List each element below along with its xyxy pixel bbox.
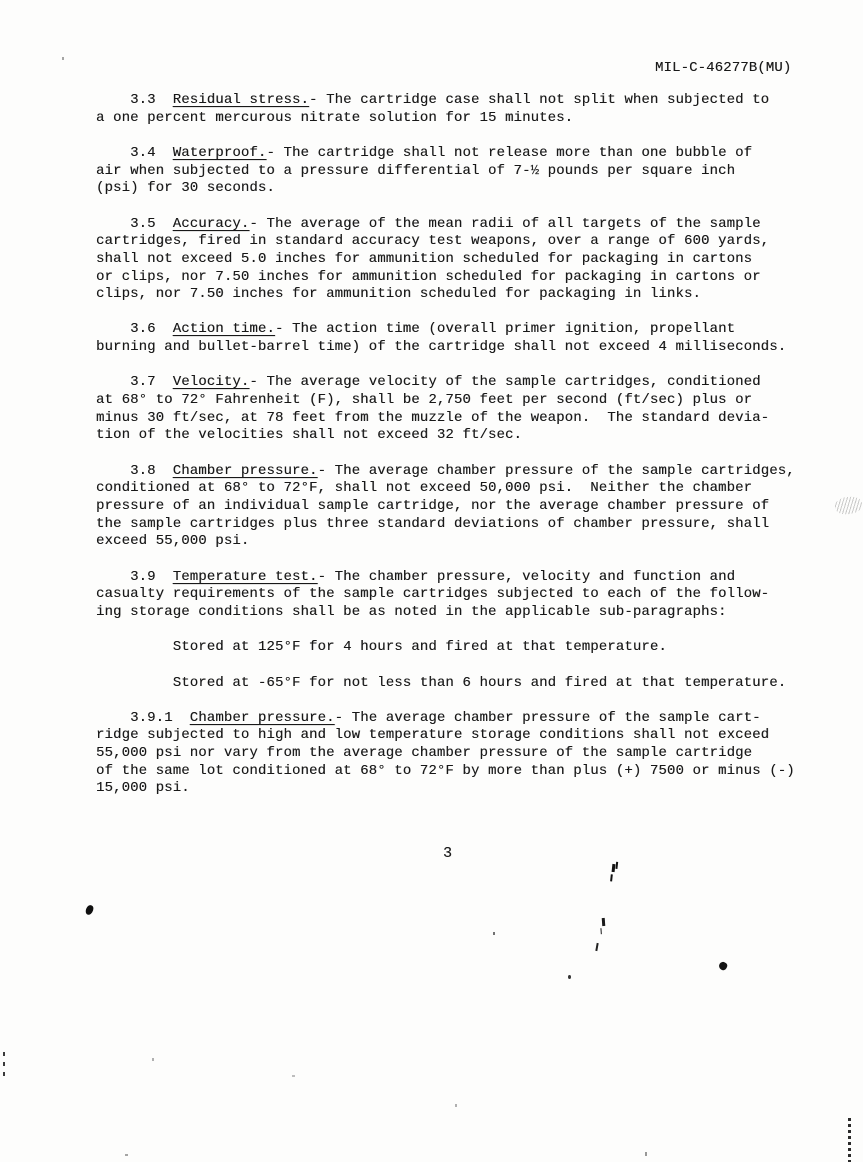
text-line: ridge subjected to high and low temperat… bbox=[96, 727, 795, 745]
scan-artifact-speck bbox=[62, 57, 64, 60]
text-line: minus 30 ft/sec, at 78 feet from the muz… bbox=[96, 410, 795, 428]
text-line: burning and bullet-barrel time) of the c… bbox=[96, 339, 795, 357]
scan-artifact-mark bbox=[602, 918, 605, 926]
text-line: 3.7 Velocity.- The average velocity of t… bbox=[96, 374, 795, 392]
text-line: ing storage conditions shall be as noted… bbox=[96, 604, 795, 622]
text-line: conditioned at 68° to 72°F, shall not ex… bbox=[96, 480, 795, 498]
scan-artifact-speck bbox=[645, 1152, 647, 1156]
section-3-8-chamber-pressure: 3.8 Chamber pressure.- The average chamb… bbox=[96, 463, 795, 551]
text-line: Stored at -65°F for not less than 6 hour… bbox=[96, 675, 795, 693]
section-3-9-1-chamber-pressure: 3.9.1 Chamber pressure.- The average cha… bbox=[96, 710, 795, 798]
text-line: 3.3 Residual stress.- The cartridge case… bbox=[96, 92, 795, 110]
text-line: 3.9 Temperature test.- The chamber press… bbox=[96, 569, 795, 587]
text-line: 15,000 psi. bbox=[96, 780, 795, 798]
scan-artifact-smudge bbox=[834, 495, 863, 516]
scan-artifact-speck bbox=[493, 932, 495, 935]
text-line: a one percent mercurous nitrate solution… bbox=[96, 110, 795, 128]
section-3-4-waterproof: 3.4 Waterproof.- The cartridge shall not… bbox=[96, 145, 795, 198]
text-line: 55,000 psi nor vary from the average cha… bbox=[96, 745, 795, 763]
text-line: pressure of an individual sample cartrid… bbox=[96, 498, 795, 516]
document-spec-number: MIL-C-46277B(MU) bbox=[655, 60, 791, 76]
scan-artifact-mark bbox=[612, 864, 615, 872]
document-body: 3.3 Residual stress.- The cartridge case… bbox=[96, 92, 795, 816]
text-line: clips, nor 7.50 inches for ammunition sc… bbox=[96, 286, 795, 304]
text-line: of the same lot conditioned at 68° to 72… bbox=[96, 763, 795, 781]
scan-artifact-speck bbox=[568, 975, 571, 979]
section-3-6-action-time: 3.6 Action time.- The action time (overa… bbox=[96, 321, 795, 356]
scan-artifact-speck bbox=[292, 1075, 295, 1077]
text-line: tion of the velocities shall not exceed … bbox=[96, 427, 795, 445]
text-line: (psi) for 30 seconds. bbox=[96, 180, 795, 198]
scan-artifact-ink-dot bbox=[718, 961, 729, 972]
text-line: cartridges, fired in standard accuracy t… bbox=[96, 233, 795, 251]
storage-condition-low-temp: Stored at -65°F for not less than 6 hour… bbox=[96, 675, 795, 693]
section-3-3-residual-stress: 3.3 Residual stress.- The cartridge case… bbox=[96, 92, 795, 127]
text-line: 3.6 Action time.- The action time (overa… bbox=[96, 321, 795, 339]
document-page: MIL-C-46277B(MU) 3.3 Residual stress.- T… bbox=[0, 0, 863, 1162]
text-line: shall not exceed 5.0 inches for ammuniti… bbox=[96, 251, 795, 269]
text-line: 3.9.1 Chamber pressure.- The average cha… bbox=[96, 710, 795, 728]
section-3-9-temperature-test: 3.9 Temperature test.- The chamber press… bbox=[96, 569, 795, 622]
section-3-5-accuracy: 3.5 Accuracy.- The average of the mean r… bbox=[96, 216, 795, 304]
scan-artifact-speck bbox=[152, 1058, 154, 1061]
text-line: at 68° to 72° Fahrenheit (F), shall be 2… bbox=[96, 392, 795, 410]
text-line: casualty requirements of the sample cart… bbox=[96, 586, 795, 604]
text-line: air when subjected to a pressure differe… bbox=[96, 163, 795, 181]
scan-artifact-edge-marks bbox=[3, 1052, 5, 1082]
scan-artifact-speck bbox=[455, 1104, 457, 1107]
text-line: or clips, nor 7.50 inches for ammunition… bbox=[96, 269, 795, 287]
text-line: exceed 55,000 psi. bbox=[96, 533, 795, 551]
scan-artifact-mark bbox=[595, 943, 598, 951]
text-line: 3.4 Waterproof.- The cartridge shall not… bbox=[96, 145, 795, 163]
scan-artifact-edge-marks bbox=[848, 1118, 851, 1162]
text-line: Stored at 125°F for 4 hours and fired at… bbox=[96, 639, 795, 657]
page-number: 3 bbox=[443, 845, 452, 862]
text-line: the sample cartridges plus three standar… bbox=[96, 516, 795, 534]
text-line: 3.8 Chamber pressure.- The average chamb… bbox=[96, 463, 795, 481]
text-line: 3.5 Accuracy.- The average of the mean r… bbox=[96, 216, 795, 234]
storage-condition-high-temp: Stored at 125°F for 4 hours and fired at… bbox=[96, 639, 795, 657]
scan-artifact-speck bbox=[125, 1154, 128, 1156]
section-3-7-velocity: 3.7 Velocity.- The average velocity of t… bbox=[96, 374, 795, 445]
scan-artifact-ink-dot bbox=[85, 904, 95, 916]
